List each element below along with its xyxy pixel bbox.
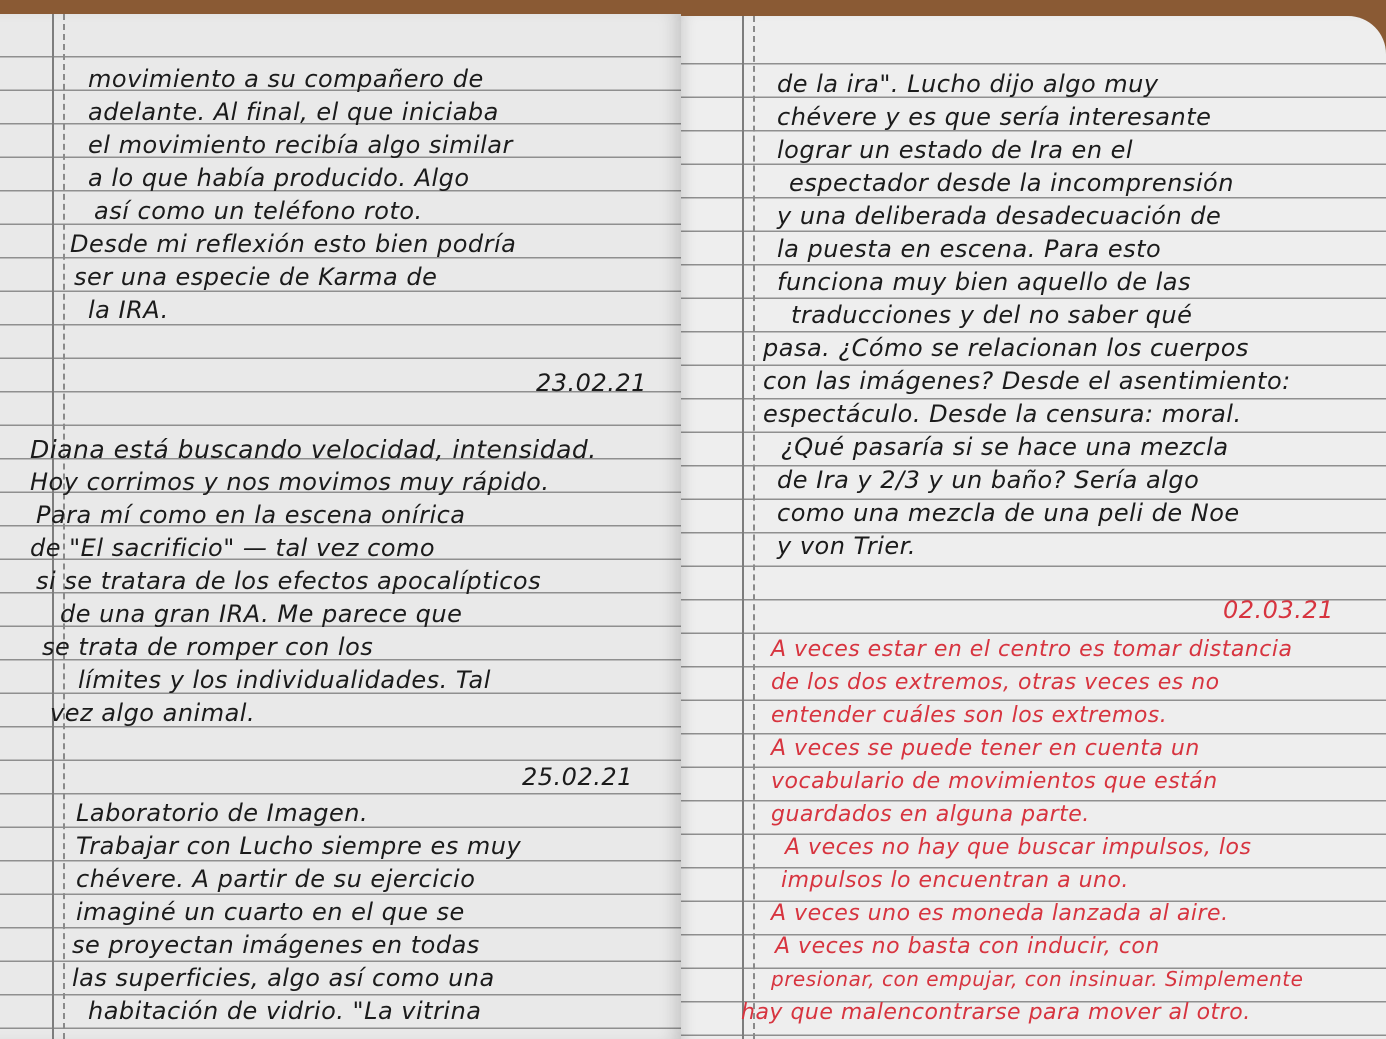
text-line: y von Trier. xyxy=(777,530,1291,563)
left-entry-25-02-21: Laboratorio de Imagen. Trabajar con Luch… xyxy=(76,797,521,1028)
text-line: de la ira". Lucho dijo algo muy xyxy=(777,68,1291,101)
text-line: A veces se puede tener en cuenta un xyxy=(771,732,1303,765)
text-line: de "El sacrificio" — tal vez como xyxy=(30,532,597,565)
text-line: el movimiento recibía algo similar xyxy=(88,129,516,162)
left-entry-23-02-21: Diana está buscando velocidad, intensida… xyxy=(30,433,597,730)
right-entry-continuation: de la ira". Lucho dijo algo muy chévere … xyxy=(777,68,1291,563)
right-margin-line xyxy=(742,16,744,1039)
text-line: Laboratorio de Imagen. xyxy=(76,797,521,830)
text-line: Diana está buscando velocidad, intensida… xyxy=(30,433,597,466)
text-line: de Ira y 2/3 y un baño? Sería algo xyxy=(777,464,1291,497)
text-line: movimiento a su compañero de xyxy=(88,63,516,96)
text-line: límites y los individualidades. Tal xyxy=(30,664,597,697)
right-dashed-guide xyxy=(753,16,755,1039)
text-line: A veces no hay que buscar impulsos, los xyxy=(771,831,1303,864)
text-line: imaginé un cuarto en el que se xyxy=(76,896,521,929)
text-line: habitación de vidrio. "La vitrina xyxy=(76,995,521,1028)
entry-date: 23.02.21 xyxy=(536,367,647,400)
text-line: y una deliberada desadecuación de xyxy=(777,200,1291,233)
text-line: a lo que había producido. Algo xyxy=(88,162,516,195)
text-line: funciona muy bien aquello de las xyxy=(777,266,1291,299)
text-line: A veces uno es moneda lanzada al aire. xyxy=(771,897,1303,930)
text-line: vocabulario de movimientos que están xyxy=(771,765,1303,798)
text-line: Para mí como en la escena onírica xyxy=(30,499,597,532)
text-line: pasa. ¿Cómo se relacionan los cuerpos xyxy=(763,332,1291,365)
right-entry-02-03-21: A veces estar en el centro es tomar dist… xyxy=(771,633,1303,1029)
text-line: adelante. Al final, el que iniciaba xyxy=(88,96,516,129)
text-line: traducciones y del no saber qué xyxy=(777,299,1291,332)
text-line: como una mezcla de una peli de Noe xyxy=(777,497,1291,530)
text-line: se trata de romper con los xyxy=(30,631,597,664)
text-line: la IRA. xyxy=(88,294,516,327)
text-line: chévere y es que sería interesante xyxy=(777,101,1291,134)
text-line: chévere. A partir de su ejercicio xyxy=(76,863,521,896)
text-line: de los dos extremos, otras veces es no xyxy=(771,666,1303,699)
text-line: entender cuáles son los extremos. xyxy=(771,699,1303,732)
text-line: Hoy corrimos y nos movimos muy rápido. xyxy=(30,466,597,499)
text-line: lograr un estado de Ira en el xyxy=(777,134,1291,167)
text-line: impulsos lo encuentran a uno. xyxy=(771,864,1303,897)
text-line: se proyectan imágenes en todas xyxy=(72,929,521,962)
text-line: de una gran IRA. Me parece que xyxy=(30,598,597,631)
text-line: Desde mi reflexión esto bien podría xyxy=(70,228,516,261)
text-line: hay que malencontrarse para mover al otr… xyxy=(741,996,1303,1029)
text-line: presionar, con empujar, con insinuar. Si… xyxy=(771,963,1303,996)
text-line: ¿Qué pasaría si se hace una mezcla xyxy=(777,431,1291,464)
text-line: guardados en alguna parte. xyxy=(771,798,1303,831)
text-line: las superficies, algo así como una xyxy=(72,962,521,995)
entry-date: 25.02.21 xyxy=(522,761,633,794)
left-notebook-page: movimiento a su compañero de adelante. A… xyxy=(0,14,681,1039)
text-line: si se tratara de los efectos apocalíptic… xyxy=(30,565,597,598)
text-line: vez algo animal. xyxy=(30,697,597,730)
text-line: ser una especie de Karma de xyxy=(74,261,516,294)
right-notebook-page: de la ira". Lucho dijo algo muy chévere … xyxy=(681,16,1386,1039)
text-line: con las imágenes? Desde el asentimiento: xyxy=(763,365,1291,398)
text-line: la puesta en escena. Para esto xyxy=(777,233,1291,266)
entry-date: 02.03.21 xyxy=(1223,594,1334,627)
text-line: espectáculo. Desde la censura: moral. xyxy=(763,398,1291,431)
text-line: Trabajar con Lucho siempre es muy xyxy=(76,830,521,863)
left-entry-continuation: movimiento a su compañero de adelante. A… xyxy=(88,63,516,327)
text-line: A veces estar en el centro es tomar dist… xyxy=(771,633,1303,666)
text-line: A veces no basta con inducir, con xyxy=(771,930,1303,963)
text-line: espectador desde la incomprensión xyxy=(777,167,1291,200)
text-line: así como un teléfono roto. xyxy=(88,195,516,228)
